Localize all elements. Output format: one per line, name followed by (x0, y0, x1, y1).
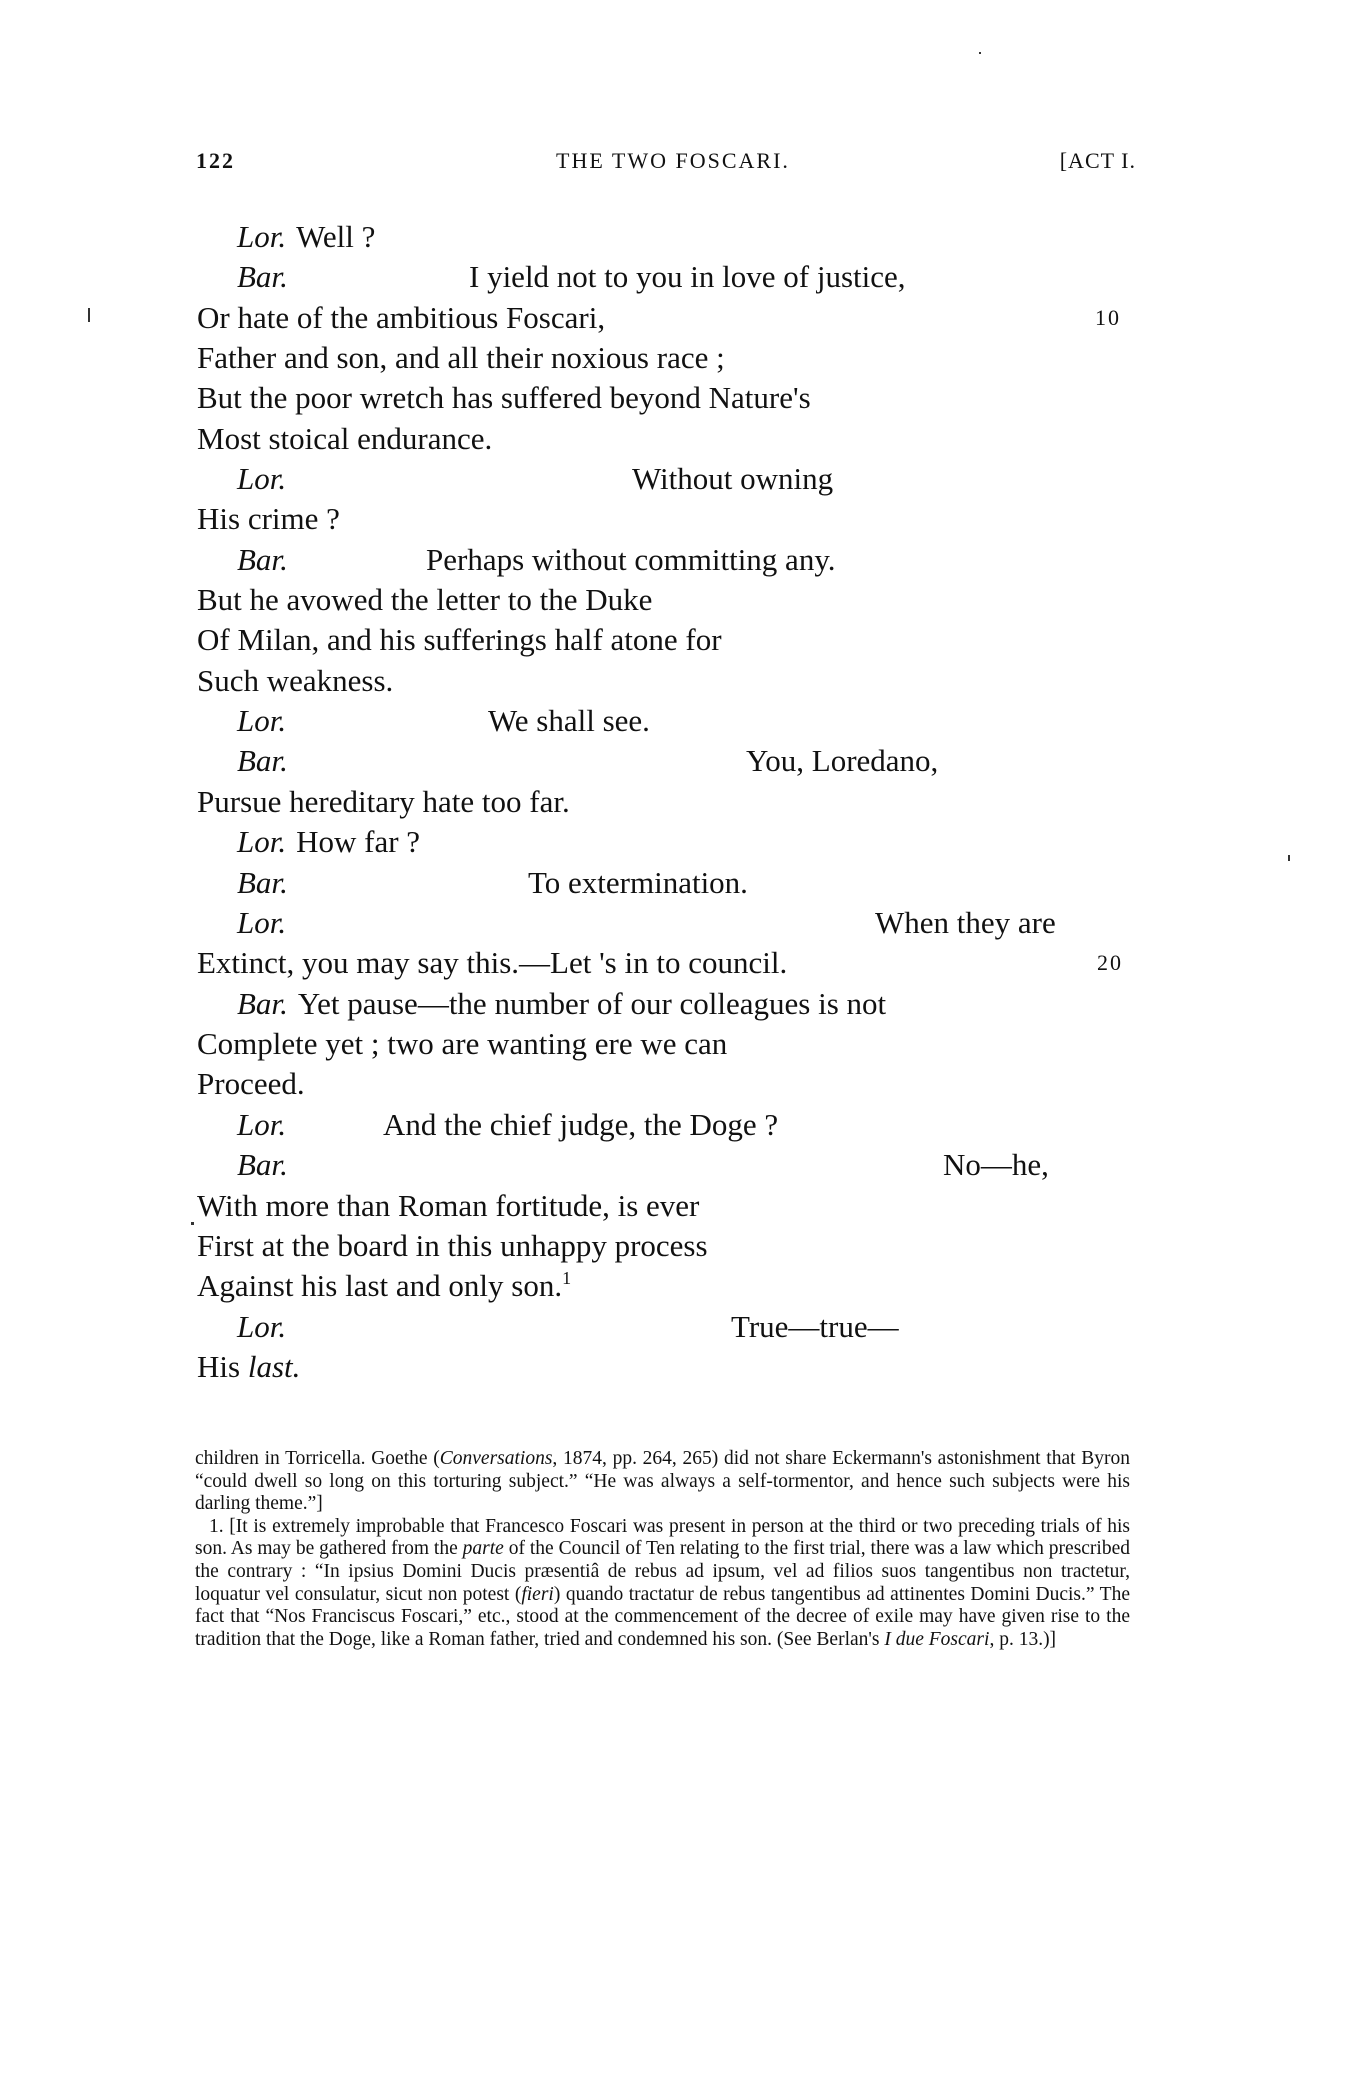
verse-line: But he avowed the letter to the Duke (197, 580, 652, 620)
verse-line: Complete yet ; two are wanting ere we ca… (197, 1024, 727, 1064)
verse-italic: last. (248, 1349, 301, 1384)
verse-line: Most stoical endurance. (197, 419, 492, 459)
verse-text: Extinct, you may say this.—Let 's in to … (197, 945, 787, 980)
footnote-text: children in Torricella. Goethe ( (195, 1448, 440, 1469)
footnote-italic: I due Foscari (884, 1629, 989, 1650)
verse-text: Complete yet ; two are wanting ere we ca… (197, 1026, 727, 1061)
verse-text: Perhaps without committing any. (426, 540, 836, 580)
running-title: THE TWO FOSCARI. (196, 148, 1136, 174)
verse-line: Extinct, you may say this.—Let 's in to … (197, 943, 787, 983)
footnote-italic: fieri (521, 1584, 554, 1605)
speaker-label: Lor. (237, 824, 286, 859)
verse-text: We shall see. (488, 701, 650, 741)
verse-line: Bar.You, Loredano, (237, 741, 288, 781)
verse-line: With more than Roman fortitude, is ever (197, 1186, 699, 1226)
verse-line: Bar.No—he, (237, 1145, 288, 1185)
verse-text: Yet pause—the number of our colleagues i… (298, 986, 886, 1021)
verse-line: Bar.Yet pause—the number of our colleagu… (237, 984, 886, 1024)
speaker-label: Bar. (237, 986, 288, 1021)
speaker-label: Bar. (237, 542, 288, 577)
verse-text: But the poor wretch has suffered beyond … (197, 380, 811, 415)
verse-line: Proceed. (197, 1064, 305, 1104)
verse-line: Bar.I yield not to you in love of justic… (237, 257, 288, 297)
footnote-1: 1. [It is extremely improbable that Fran… (195, 1516, 1130, 1652)
verse-text: First at the board in this unhappy proce… (197, 1228, 708, 1263)
verse-line: Pursue hereditary hate too far. (197, 782, 570, 822)
verse-line: His last. (197, 1347, 300, 1387)
footnote-italic: Conversations (440, 1448, 553, 1469)
verse-line: Such weakness. (197, 661, 393, 701)
verse-line: Father and son, and all their noxious ra… (197, 338, 725, 378)
verse-line: Bar.To extermination. (237, 863, 288, 903)
speaker-label: Lor. (237, 219, 286, 254)
verse-line: Lor.How far ? (237, 822, 420, 862)
verse-line: Of Milan, and his sufferings half atone … (197, 620, 722, 660)
speaker-label: Bar. (237, 1147, 288, 1182)
verse-line: Lor.We shall see. (237, 701, 286, 741)
speaker-label: Lor. (237, 905, 286, 940)
verse-text: Without owning (632, 459, 833, 499)
footnote-italic: parte (463, 1538, 504, 1559)
footnote-text: , p. 13.)] (989, 1629, 1056, 1650)
verse-text: Pursue hereditary hate too far. (197, 784, 570, 819)
running-head: 122 THE TWO FOSCARI. [ACT I. (196, 148, 1136, 180)
line-number: 10 (1095, 298, 1121, 338)
verse-line: Lor.Well ? (237, 217, 375, 257)
section-marker: [ACT I. (1060, 148, 1136, 174)
book-page: 122 THE TWO FOSCARI. [ACT I. Lor.Well ?B… (0, 0, 1356, 2078)
scan-speck (88, 308, 90, 322)
verse-line: Lor.Without owning (237, 459, 286, 499)
speaker-label: Lor. (237, 1107, 286, 1142)
verse-text: Father and son, and all their noxious ra… (197, 340, 725, 375)
verse-line: Or hate of the ambitious Foscari, (197, 298, 605, 338)
speaker-label: Lor. (237, 461, 286, 496)
verse-line: Lor.When they are (237, 903, 286, 943)
scan-speck (979, 52, 981, 54)
verse-text: When they are (875, 903, 1056, 943)
footnote-marker: 1. (209, 1516, 224, 1537)
line-number: 20 (1097, 943, 1123, 983)
verse-text: Well ? (296, 219, 375, 254)
footnote-reference: 1 (562, 1268, 571, 1288)
verse-text: Or hate of the ambitious Foscari, (197, 300, 605, 335)
verse-text: His (197, 1349, 248, 1384)
speaker-label: Bar. (237, 743, 288, 778)
verse-text: Most stoical endurance. (197, 421, 492, 456)
verse-text: You, Loredano, (746, 741, 938, 781)
speaker-label: Bar. (237, 865, 288, 900)
verse-text: Of Milan, and his sufferings half atone … (197, 622, 722, 657)
speaker-label: Bar. (237, 259, 288, 294)
verse-text: No—he, (943, 1145, 1049, 1185)
verse-line: Bar.Perhaps without committing any. (237, 540, 288, 580)
verse-text: Such weakness. (197, 663, 393, 698)
verse-text: How far ? (296, 824, 420, 859)
verse-line: First at the board in this unhappy proce… (197, 1226, 708, 1266)
verse-text: Against his last and only son. (197, 1268, 562, 1303)
verse-text: Proceed. (197, 1066, 305, 1101)
verse-text: With more than Roman fortitude, is ever (197, 1188, 699, 1223)
footnote-continuation: children in Torricella. Goethe (Conversa… (195, 1448, 1130, 1516)
verse-text: To extermination. (528, 863, 748, 903)
verse-text: But he avowed the letter to the Duke (197, 582, 652, 617)
speaker-label: Lor. (237, 703, 286, 738)
verse-text: True—true— (731, 1307, 899, 1347)
footnotes: children in Torricella. Goethe (Conversa… (195, 1448, 1130, 1651)
verse-line: But the poor wretch has suffered beyond … (197, 378, 811, 418)
scan-speck (191, 1222, 194, 1225)
verse-text: I yield not to you in love of justice, (469, 257, 906, 297)
speaker-label: Lor. (237, 1309, 286, 1344)
verse-text: His crime ? (197, 501, 340, 536)
scan-speck (1288, 855, 1290, 861)
verse-text: And the chief judge, the Doge ? (383, 1105, 778, 1145)
verse-line: Lor.And the chief judge, the Doge ? (237, 1105, 286, 1145)
verse-line: His crime ? (197, 499, 340, 539)
verse-line: Against his last and only son.1 (197, 1266, 571, 1306)
verse-line: Lor.True—true— (237, 1307, 286, 1347)
